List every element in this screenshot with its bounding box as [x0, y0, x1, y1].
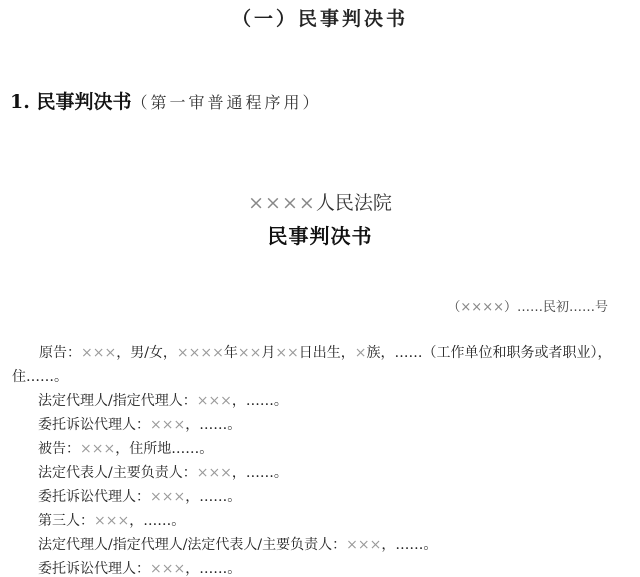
birth-text: 日出生， [299, 345, 355, 361]
year-placeholder: ×××× [177, 345, 224, 361]
day-placeholder: ×× [275, 345, 298, 361]
party-line: 被告：×××，住所地……。 [38, 437, 213, 461]
party-suffix: ，住所地……。 [115, 441, 213, 457]
party-line: 法定代表人/主要负责人：×××，……。 [38, 461, 288, 485]
party-label: 委托诉讼代理人： [38, 417, 150, 433]
party-line: 法定代理人/指定代理人：×××，……。 [38, 389, 288, 413]
party-label: 法定代表人/主要负责人： [38, 465, 197, 481]
party-suffix: ，……。 [129, 513, 185, 529]
party-label: 法定代理人/指定代理人/法定代表人/主要负责人： [38, 537, 346, 553]
plaintiff-label: 原告： [39, 345, 81, 361]
party-placeholder: ××× [150, 489, 185, 505]
case-number: （××××）……民初……号 [447, 296, 608, 315]
court-name: ××××人民法院 [0, 188, 640, 215]
court-placeholder: ×××× [248, 192, 316, 214]
case-number-placeholder: ×××× [460, 300, 504, 315]
year-text: 年 [224, 345, 238, 361]
party-suffix: ，……。 [232, 393, 288, 409]
party-suffix: ，……。 [185, 489, 241, 505]
month-text: 月 [261, 345, 275, 361]
sub-heading: 1. 民事判决书（第一审普通程序用） [10, 87, 321, 114]
plaintiff-text: ，男/女， [116, 345, 177, 361]
party-line: 第三人：×××，……。 [38, 509, 185, 533]
party-placeholder: ××× [346, 537, 381, 553]
party-placeholder: ××× [94, 513, 129, 529]
plaintiff-name-placeholder: ××× [81, 345, 116, 361]
party-placeholder: ××× [197, 393, 232, 409]
party-label: 委托诉讼代理人： [38, 561, 150, 577]
case-number-rest: ）……民初……号 [504, 300, 608, 315]
section-heading: （一）民事判决书 [0, 4, 640, 31]
party-label: 委托诉讼代理人： [38, 489, 150, 505]
party-suffix: ，……。 [185, 561, 241, 577]
party-line: 委托诉讼代理人：×××，……。 [38, 485, 241, 509]
party-placeholder: ××× [80, 441, 115, 457]
party-label: 被告： [38, 441, 80, 457]
plaintiff-paragraph: 原告：×××，男/女，××××年××月××日出生，×族，……（工作单位和职务或者… [12, 341, 634, 389]
party-placeholder: ××× [150, 417, 185, 433]
document-title: 民事判决书 [0, 220, 640, 249]
party-suffix: ，……。 [232, 465, 288, 481]
party-label: 第三人： [38, 513, 94, 529]
party-line: 委托诉讼代理人：×××，……。 [38, 557, 241, 577]
party-line: 法定代理人/指定代理人/法定代表人/主要负责人：×××，……。 [38, 533, 437, 557]
party-suffix: ，……。 [381, 537, 437, 553]
month-placeholder: ×× [238, 345, 261, 361]
sub-heading-title: 1. 民事判决书 [10, 91, 131, 113]
ethnic-placeholder: × [355, 345, 367, 361]
sub-heading-note: （第一审普通程序用） [131, 93, 321, 112]
party-line: 委托诉讼代理人：×××，……。 [38, 413, 241, 437]
court-name-text: 人民法院 [316, 192, 392, 214]
party-placeholder: ××× [197, 465, 232, 481]
party-placeholder: ××× [150, 561, 185, 577]
party-suffix: ，……。 [185, 417, 241, 433]
case-number-open: （ [447, 300, 460, 315]
party-label: 法定代理人/指定代理人： [38, 393, 197, 409]
